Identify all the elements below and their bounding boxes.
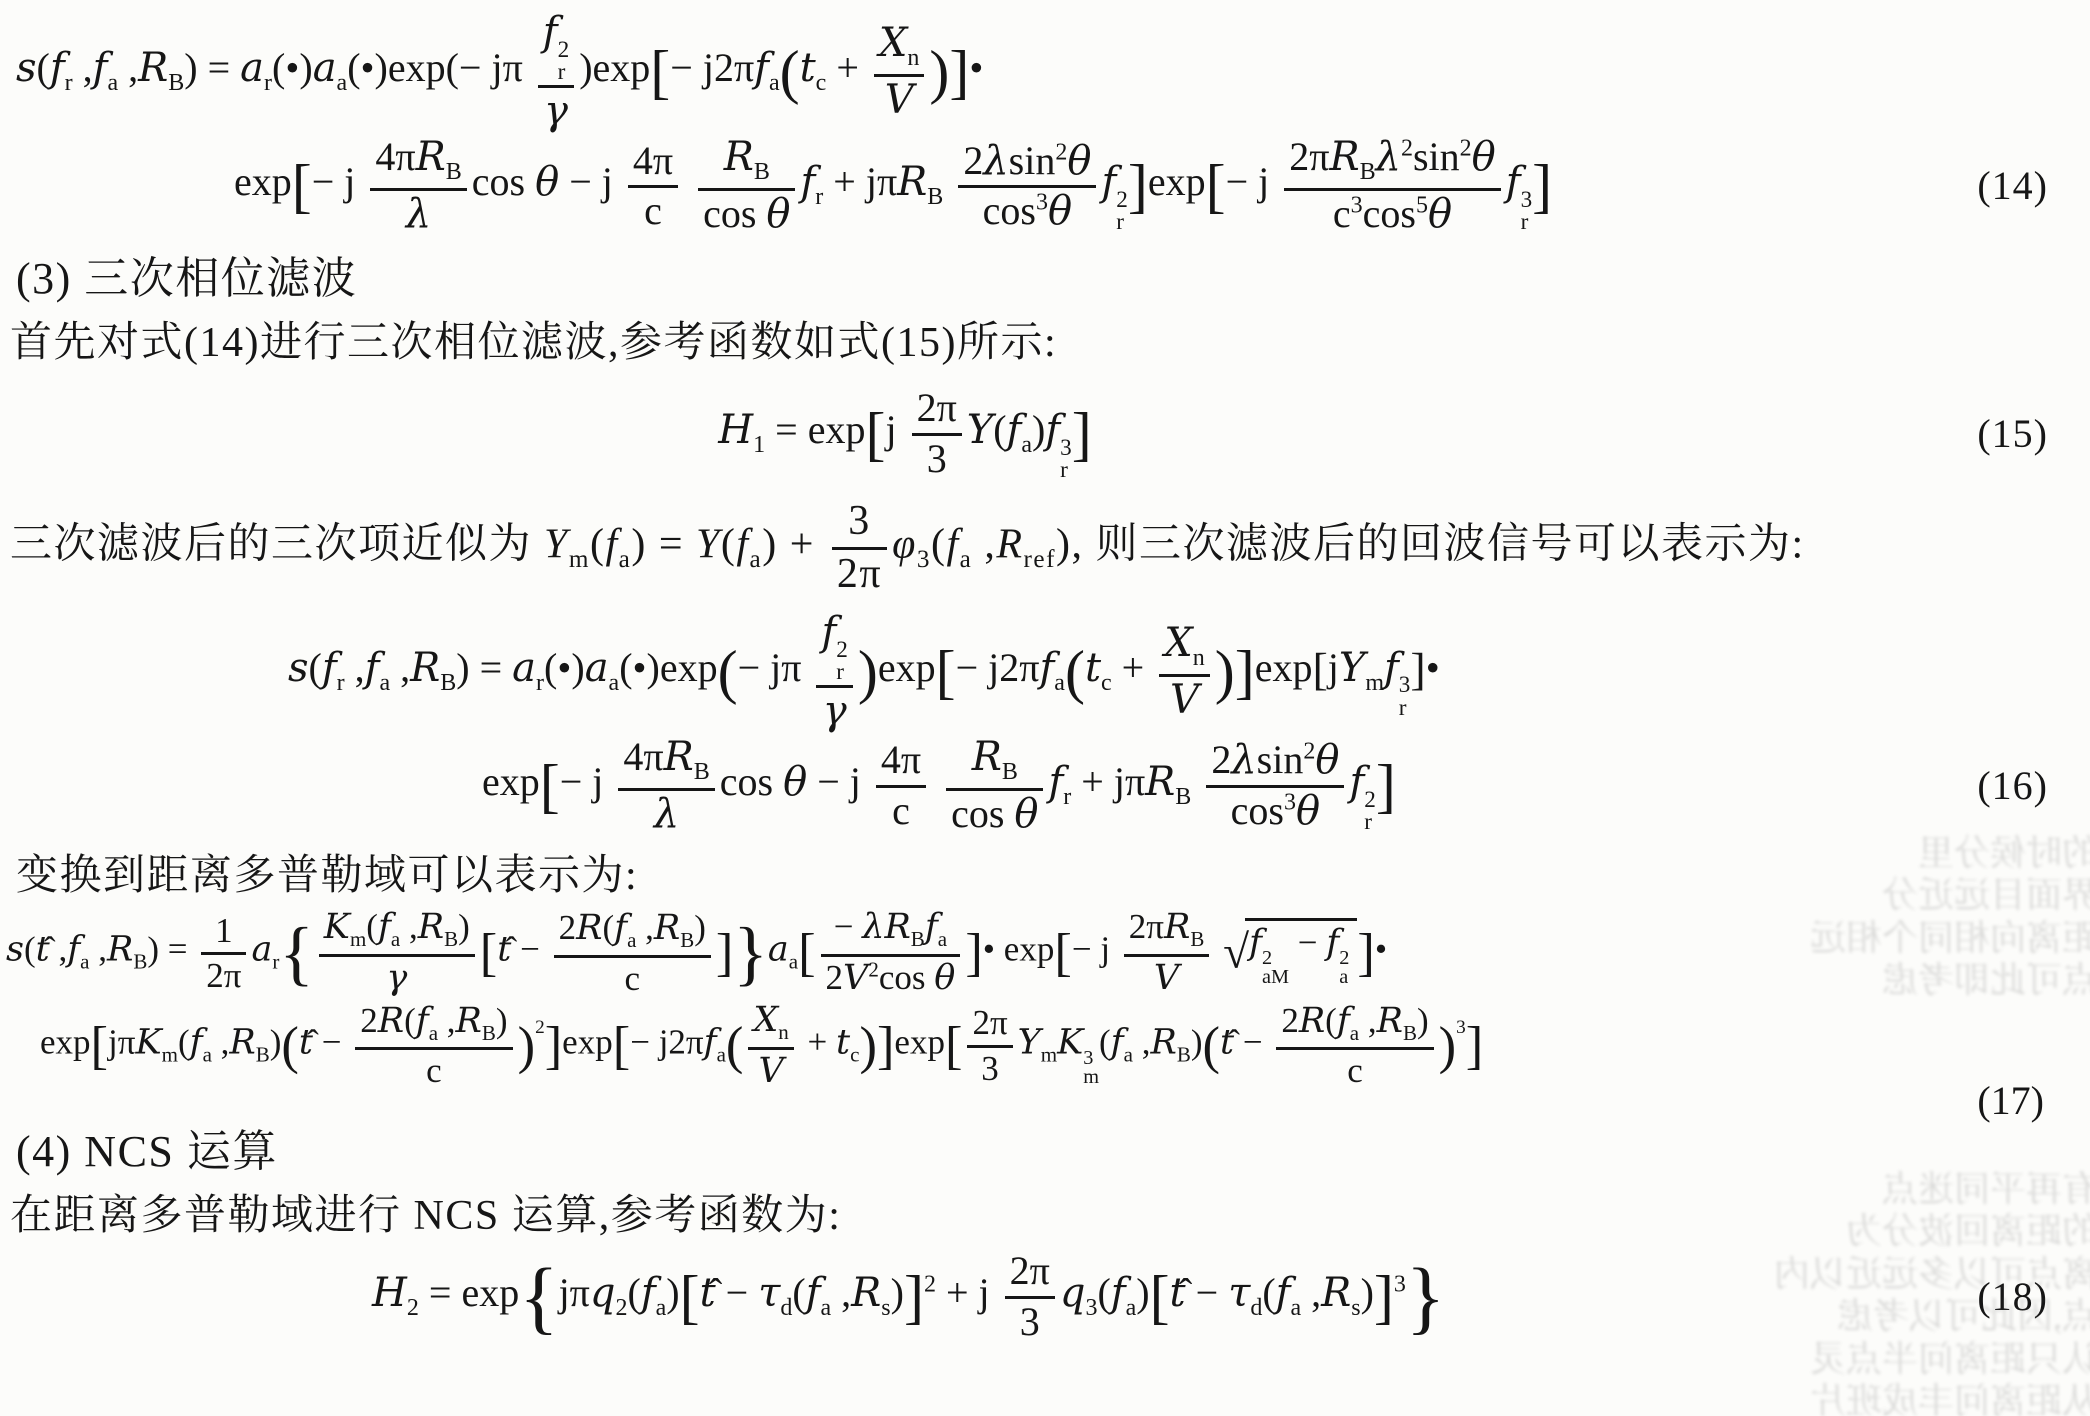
paragraph-ncs: 在距离多普勒域进行 NCS 运算,参考函数为: bbox=[0, 1191, 2090, 1241]
equation-14-line-1: s(fr ,fa ,RB) = ar(•)aa(•)exp(− jπ f2rγ)… bbox=[0, 10, 2090, 133]
scanned-paper-page: s(fr ,fa ,RB) = ar(•)aa(•)exp(− jπ f2rγ)… bbox=[0, 0, 2090, 1416]
equation-16-line-2: exp[− j 4πRBλcos θ − j 4πc RBcos θfr + j… bbox=[0, 735, 2090, 837]
equation-15-line: H1 = exp[j 2π3Y(fa)f3r] (15) bbox=[0, 386, 2090, 482]
equation-14-body: exp[− j 4πRBλcos θ − j 4πc RBcos θfr + j… bbox=[234, 159, 1552, 204]
bleedthrough-line: 从距离问丰成班片 bbox=[1458, 1380, 2090, 1416]
equation-16-line-1: s(fr ,fa ,RB) = ar(•)aa(•)exp(− jπ f2rγ)… bbox=[0, 610, 2090, 733]
equation-number-14: (14) bbox=[1977, 163, 2048, 209]
equation-number-18: (18) bbox=[1977, 1274, 2048, 1320]
equation-number-16: (16) bbox=[1977, 763, 2048, 809]
section-4-heading: (4) NCS 运算 bbox=[0, 1126, 2090, 1179]
equation-15-body: H1 = exp[j 2π3Y(fa)f3r] bbox=[718, 407, 1091, 452]
equation-16-body: exp[− j 4πRBλcos θ − j 4πc RBcos θfr + j… bbox=[482, 759, 1396, 804]
equation-number-17: (17) bbox=[0, 1077, 2090, 1124]
equation-14-line-2: exp[− j 4πRBλcos θ − j 4πc RBcos θfr + j… bbox=[0, 135, 2090, 237]
section-3-heading: (3) 三次相位滤波 bbox=[0, 253, 2090, 306]
equation-number-15: (15) bbox=[1977, 411, 2048, 457]
paragraph-range-doppler: 变换到距离多普勒域可以表示为: bbox=[0, 851, 2090, 901]
equation-18-body: H2 = exp{jπq2(fa)[t̂ − τd(fa ,Rs)]2 + j … bbox=[372, 1270, 1445, 1315]
equation-17-line-1: s(t̂ ,fa ,RB) = 12πar{Km(fa ,RB)γ[t̂ − 2… bbox=[0, 907, 2090, 998]
equation-18-line: H2 = exp{jπq2(fa)[t̂ − τd(fa ,Rs)]2 + j … bbox=[0, 1249, 2090, 1345]
paragraph-approximation: 三次滤波后的三次项近似为 Ym(fa) = Y(fa) + 32πφ3(fa ,… bbox=[0, 498, 2090, 598]
paragraph-cubic-filter: 首先对式(14)进行三次相位滤波,参考函数如式(15)所示: bbox=[0, 318, 2090, 368]
